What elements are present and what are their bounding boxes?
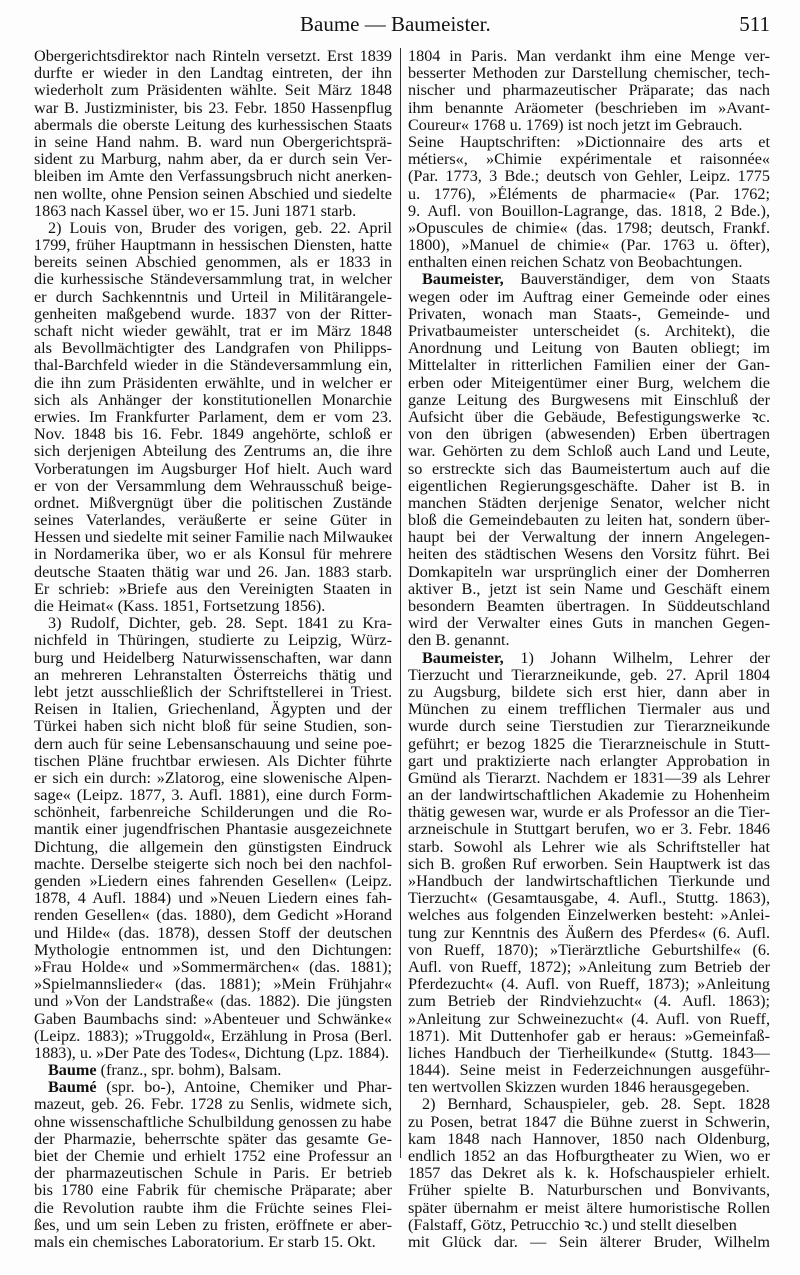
text-line: nischer und pharmazeutischer Präparate; … [408,82,770,99]
text-line: und Hilde« (das. 1878), dessen Stoff der… [34,925,392,942]
text-line: machte. Derselbe steigerte sich noch bei… [34,856,392,873]
text-line: 1883), u. »Der Pate des Todes«, Dichtung… [34,1045,392,1062]
text-line: den B. genannt. [408,632,770,649]
text-line: die Heimat« (Kass. 1851, Fortsetzung 185… [34,598,392,615]
text-line: Baume (franz., spr. bohm), Balsam. [34,1062,392,1079]
text-line: zu Posen, betrat 1847 die Bühne zuerst i… [408,1114,770,1131]
text-line: Vorberatungen im Augsburger Hof hielt. A… [34,461,392,478]
text-line: erben oder Miteigentümer einer Burg, wel… [408,375,770,392]
text-line: (Par. 1773, 3 Bde.; deutsch von Gehler, … [408,168,770,185]
text-line: 1871). Mit Duttenhofer gab er heraus: »G… [408,1028,770,1045]
text-line: Seine Hauptschriften: »Dictionnaire des … [408,134,770,151]
text-line: der pharmazeutischen Schule in Paris. Er… [34,1165,392,1182]
text-line: (Falstaff, Götz, Petrucchio ꝛc.) und ste… [408,1217,770,1234]
text-line: thal-Barchfeld wieder in die Ständeversa… [34,357,392,374]
text-line: Tierzucht« (Gesamtausgabe, 4. Aufl., Stu… [408,890,770,907]
text-line: genden »Liedern eines fahrenden Gesellen… [34,873,392,890]
text-line: 1799, früher Hauptmann in hessischen Die… [34,237,392,254]
text-line: geführt; er bezog 1825 die Tierarzneisch… [408,736,770,753]
text-line: liches Handbuch der Tierheilkunde« (Stut… [408,1045,770,1062]
text-line: Privaten, wonach man Staats-, Gemeinde- … [408,306,770,323]
headword: Baume [48,1062,97,1079]
text-line: 1863 nach Kassel über, wo er 15. Juni 18… [34,203,392,220]
text-line: er durch Sachkenntnis und Urteil in Mili… [34,289,392,306]
text-line: renden Gesellen« (das. 1880), dem Gedich… [34,907,392,924]
text-line: 1804 in Paris. Man verdankt ihm eine Men… [408,48,770,65]
text-line: die ihn zum Präsidenten erwählte, und in… [34,375,392,392]
text-line: Hessen und siedelte mit seiner Familie n… [34,529,392,546]
text-line: tischen Pläne fruchtbar erwiesen. Als Di… [34,753,392,770]
left-column: Obergerichtsdirektor nach Rinteln verset… [34,48,392,1251]
text-line: gart und praktizierte nach erlangter App… [408,753,770,770]
text-line: »Spielmannslieder« (das. 1881); »Mein Fr… [34,976,392,993]
text-line: seines Vaterlandes, veräußerte er seine … [34,512,392,529]
text-line: besserter Methoden zur Darstellung chemi… [408,65,770,82]
text-line: dern auch für seine Lebensanschauung und… [34,736,392,753]
text-line: thätig gewesen war, wurde er als Profess… [408,804,770,821]
text-line: 3) Rudolf, Dichter, geb. 28. Sept. 1841 … [34,615,392,632]
text-line: Dichtung, die allgemein den günstigsten … [34,839,392,856]
text-line: Gaben Baumbachs sind: »Abenteuer und Sch… [34,1011,392,1028]
text-line: Nov. 1848 bis 16. Febr. 1849 angehörte, … [34,426,392,443]
text-line: war. Gehörten zu dem Schloß auch Land un… [408,443,770,460]
text-line: wegen oder im Auftrag einer Gemeinde ode… [408,289,770,306]
text-line: und »Von der Landstraße« (das. 1882). Di… [34,993,392,1010]
text-line: »Anleitung zur Schweinezucht« (4. Aufl. … [408,1011,770,1028]
text-line: Domkapiteln war ursprünglich einer der D… [408,564,770,581]
text-line: kam 1848 nach Hannover, 1850 nach Oldenb… [408,1131,770,1148]
headword: Baumé [48,1079,97,1096]
text-line: Baumé (spr. bo-), Antoine, Chemiker und … [34,1079,392,1096]
text-line: mals ein chemisches Laboratorium. Er sta… [34,1234,392,1251]
text-line: wird der Verwalter eines Guts in manchen… [408,615,770,632]
text-line: »Handbuch der landwirtschaftlichen Tierk… [408,873,770,890]
text-line: bis 1780 eine Fabrik für chemische Präpa… [34,1182,392,1199]
page-number: 511 [739,12,770,37]
text-line: Aufsicht über die Gebäude, Befestigungsw… [408,409,770,426]
text-line: bloß die Gemeindebauten zu leiten hat, s… [408,512,770,529]
text-line: 1800), »Manuel de chimie« (Par. 1763 u. … [408,237,770,254]
headword: Baumeister, [422,271,504,288]
text-line: bleiben im Amte den Verfassungsbruch nic… [34,168,392,185]
text-line: métiers«, »Chimie expérimentale et raiso… [408,151,770,168]
text-line: Anordnung und Leitung von Bauten obliegt… [408,340,770,357]
text-line: welches aus folgenden Einzelwerken beste… [408,907,770,924]
text-line: arzneischule in Stuttgart berufen, wo er… [408,821,770,838]
text-line: Tierzucht und Tierarzneikunde, geb. 27. … [408,667,770,684]
text-line: 1878, 4 Aufl. 1884) und »Neuen Liedern e… [34,890,392,907]
text-line: burg und Heidelberg Naturwissenschaften,… [34,650,392,667]
text-line: schaft nicht wieder gewählt, trat er im … [34,323,392,340]
text-line: ganze Leitung des Burgwesens mit Einschl… [408,392,770,409]
text-line: deutsche Staaten thätig war und 26. Jan.… [34,564,392,581]
text-line: (Leipz. 1883); »Truggold«, Erzählung in … [34,1028,392,1045]
text-line: endlich 1852 an das Hofburgtheater zu Wi… [408,1148,770,1165]
text-line: wurde durch seine Tierstudien zur Tierar… [408,718,770,735]
text-line: 2) Louis von, Bruder des vorigen, geb. 2… [34,220,392,237]
text-line: sich derjenigen Abteilung des Zentrums a… [34,443,392,460]
text-line: Obergerichtsdirektor nach Rinteln verset… [34,48,392,65]
text-line: aktiver B., jetzt ist sein Name und Gesc… [408,581,770,598]
headword: Baumeister, [422,650,504,667]
text-line: 9. Aufl. von Bouillon-Lagrange, das. 181… [408,203,770,220]
text-line: er von der Versammlung dem Wehrausschuß … [34,478,392,495]
text-line: mantik einer jugendfrischen Phantasie au… [34,821,392,838]
page-title: Baume — Baumeister. [300,12,491,37]
text-line: mazeut, geb. 26. Febr. 1728 zu Senlis, w… [34,1096,392,1113]
text-line: sich B. großen Ruf erworben. Sein Hauptw… [408,856,770,873]
dictionary-page: Baume — Baumeister. 511 Obergerichtsdire… [0,0,800,1275]
text-line: nichfeld in Thüringen, studierte zu Leip… [34,632,392,649]
text-line: Pferdezucht« (4. Aufl. von Rueff, 1873);… [408,976,770,993]
text-line: zum Betrieb der Rindviehzucht« (4. Aufl.… [408,993,770,1010]
text-line: Mittelalter in ritterlichen Familien ein… [408,357,770,374]
text-line: biet der Chemie und erhielt 1752 eine Pr… [34,1148,392,1165]
text-line: ihm benannte Aräometer (beschrieben im »… [408,100,770,117]
text-line: Gmünd als Tierarzt. Nachdem er 1831—39 a… [408,770,770,787]
text-line: Aufl. von Rueff, 1872); »Anleitung zum B… [408,959,770,976]
text-line: mit Glück dar. — Sein älterer Bruder, Wi… [408,1234,770,1251]
text-line: u. 1776), »Éléments de pharmacie« (Par. … [408,186,770,203]
text-line: schönheit, farbenreiche Schilderungen un… [34,804,392,821]
text-line: Coureur« 1768 u. 1769) ist noch jetzt im… [408,117,770,134]
text-line: Türkei haben sich nicht bloß für seine S… [34,718,392,735]
text-line: abermals die oberste Leitung des kurhess… [34,117,392,134]
text-line: an mehreren Lehranstalten Österreichs th… [34,667,392,684]
text-line: der Pharmazie, beherrschte später das ge… [34,1131,392,1148]
text-line: als Bevollmächtigter des Landgrafen von … [34,340,392,357]
text-line: bereits seinen Abschied genommen, als er… [34,254,392,271]
text-line: ßes, und um sein Leben zu fristen, eröff… [34,1217,392,1234]
text-line: genheiten maßgebend wurde. 1837 von der … [34,306,392,323]
text-line: Er schrieb: »Briefe aus den Vereinigten … [34,581,392,598]
text-line: manchen Städten derjenige Senator, welch… [408,495,770,512]
text-line: wiederholt zum Präsidenten wählte. Seit … [34,82,392,99]
text-line: 2) Bernhard, Schauspieler, geb. 28. Sept… [408,1096,770,1113]
text-line: ohne wissenschaftliche Schulbildung geno… [34,1114,392,1131]
text-line: 1857 das Dekret als k. k. Hofschauspiele… [408,1165,770,1182]
text-line: enthalten einen reichen Schatz von Beoba… [408,254,770,271]
text-line: zu Augsburg, bildete sich erst hier, dan… [408,684,770,701]
text-line: ordnet. Mißvergnügt über die politischen… [34,495,392,512]
text-line: von Rueff, 1870); »Tierärztliche Geburts… [408,942,770,959]
right-column: 1804 in Paris. Man verdankt ihm eine Men… [408,48,770,1251]
text-line: ten wertvollen Skizzen wurden 1846 herau… [408,1079,770,1096]
text-line: Mythologie entnommen ist, und den Dichtu… [34,942,392,959]
text-line: er sich ein durch: »Zlatorog, eine slowe… [34,770,392,787]
text-line: Reisen in Italien, Griechenland, Ägypten… [34,701,392,718]
running-head: Baume — Baumeister. 511 [0,12,800,42]
text-line: heiten des städtischen Wesens den Vorsit… [408,546,770,563]
text-line: »Opuscules de chimie« (das. 1798; deutsc… [408,220,770,237]
text-line: Baumeister, 1) Johann Wilhelm, Lehrer de… [408,650,770,667]
text-line: in Nordamerika über, wo er als Konsul fü… [34,546,392,563]
text-line: von den übrigen (abwesenden) Erben übert… [408,426,770,443]
text-line: haupt bei der Verwaltung der innern Ange… [408,529,770,546]
text-line: in seine Hand nahm. B. ward nun Obergeri… [34,134,392,151]
text-line: war B. Justizminister, bis 23. Febr. 185… [34,100,392,117]
text-line: die Revolution raubte ihm die Früchte se… [34,1200,392,1217]
text-line: so erstreckte sich das Baumeistertum auc… [408,461,770,478]
text-line: später übernahm er meist ältere humorist… [408,1200,770,1217]
text-line: die kurhessische Ständeversammlung trat,… [34,271,392,288]
text-line: eigentlichen Regierungsgeschäfte. Daher … [408,478,770,495]
text-line: »Frau Holde« und »Sommermärchen« (das. 1… [34,959,392,976]
text-line: lebt jetzt ausschließlich der Schriftste… [34,684,392,701]
text-line: erwies. Im Frankfurter Parlament, dem er… [34,409,392,426]
text-line: München zu einem trefflichen Tiermaler a… [408,701,770,718]
text-line: tung zur Kenntnis des Äußern des Pferdes… [408,925,770,942]
text-line: 1844). Seine meist in Federzeichnungen a… [408,1062,770,1079]
text-line: Früher spielte B. Naturburschen und Bonv… [408,1182,770,1199]
text-line: sage« (Leipz. 1877, 3. Aufl. 1881), eine… [34,787,392,804]
text-line: Privatbaumeister unterscheidet (s. Archi… [408,323,770,340]
text-line: starb. Sowohl als Lehrer wie als Schrift… [408,839,770,856]
text-line: an der landwirtschaftlichen Akademie zu … [408,787,770,804]
column-divider [400,48,401,1158]
text-line: besondern Beamten übertragen. In Süddeut… [408,598,770,615]
text-line: Baumeister, Bauverständiger, dem von Sta… [408,271,770,288]
text-line: sich als Anhänger der konstitutionellen … [34,392,392,409]
text-line: nen wollte, ohne Pension seinen Abschied… [34,186,392,203]
text-line: durfte er wieder in den Landtag eintrete… [34,65,392,82]
text-line: sident zu Marburg, nahm aber, da er durc… [34,151,392,168]
